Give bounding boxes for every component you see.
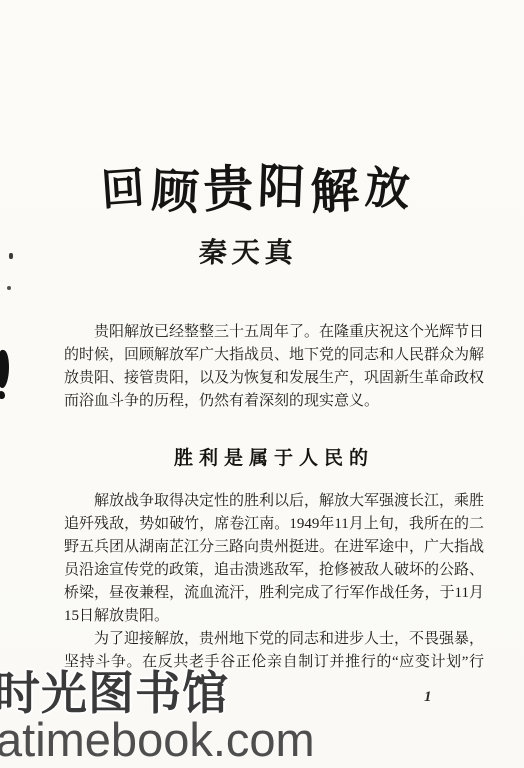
- text-line: 追歼残敌，势如破竹，席卷江南。1949年11月上旬，我所在的二: [64, 513, 484, 536]
- title-char: 解: [309, 152, 367, 224]
- title-char: 放: [363, 152, 418, 219]
- binding-ink-mark: [0, 391, 5, 399]
- binding-ink-mark: [0, 350, 10, 389]
- chapter-title-calligraphy: 回顾贵阳解放: [0, 152, 516, 219]
- paragraph: 贵阳解放已经整整三十五周年了。在隆重庆祝这个光辉节日的时候，回顾解放军广大指战员…: [64, 321, 484, 413]
- title-char: 贵: [202, 149, 261, 222]
- author-signature: 秦天真: [0, 231, 498, 271]
- scanned-book-page: 回顾贵阳解放 秦天真 贵阳解放已经整整三十五周年了。在隆重庆祝这个光辉节日的时候…: [0, 0, 524, 768]
- intro-paragraph: 贵阳解放已经整整三十五周年了。在隆重庆祝这个光辉节日的时候，回顾解放军广大指战员…: [64, 321, 484, 413]
- text-line: 15日解放贵阳。: [64, 605, 484, 628]
- watermark-domain: atimebook.com: [0, 712, 315, 767]
- text-line: 而浴血斗争的历程，仍然有着深刻的现实意义。: [64, 390, 484, 413]
- page-number: 1: [424, 689, 432, 706]
- body-paragraphs: 解放战争取得决定性的胜利以后，解放大军强渡长江，乘胜追歼残敌，势如破竹，席卷江南…: [64, 490, 484, 674]
- text-line: 野五兵团从湖南芷江分三路向贵州挺进。在进军途中，广大指战: [64, 536, 484, 559]
- text-line: 桥梁，昼夜兼程，流血流汗，胜利完成了行军作战任务，于11月: [64, 582, 484, 605]
- text-line: 为了迎接解放，贵州地下党的同志和进步人士，不畏强暴，: [64, 628, 484, 651]
- text-line: 的时候，回顾解放军广大指战员、地下党的同志和人民群众为解: [64, 344, 484, 367]
- text-line: 贵阳解放已经整整三十五周年了。在隆重庆祝这个光辉节日: [64, 321, 484, 344]
- text-line: 解放战争取得决定性的胜利以后，解放大军强渡长江，乘胜: [64, 490, 484, 513]
- title-char: 回: [99, 153, 152, 218]
- text-line: 放贵阳、接管贵阳，以及为恢复和发展生产，巩固新生革命政权: [64, 367, 484, 390]
- ink-speck: [7, 286, 11, 290]
- title-char: 顾: [150, 154, 206, 224]
- ink-speck: [9, 253, 13, 259]
- title-char: 阳: [257, 149, 312, 218]
- paragraph: 解放战争取得决定性的胜利以后，解放大军强渡长江，乘胜追歼残敌，势如破竹，席卷江南…: [64, 490, 484, 628]
- section-heading: 胜利是属于人民的: [64, 443, 484, 470]
- text-line: 员沿途宣传党的政策，追击溃逃敌军，抢修被敌人破坏的公路、: [64, 559, 484, 582]
